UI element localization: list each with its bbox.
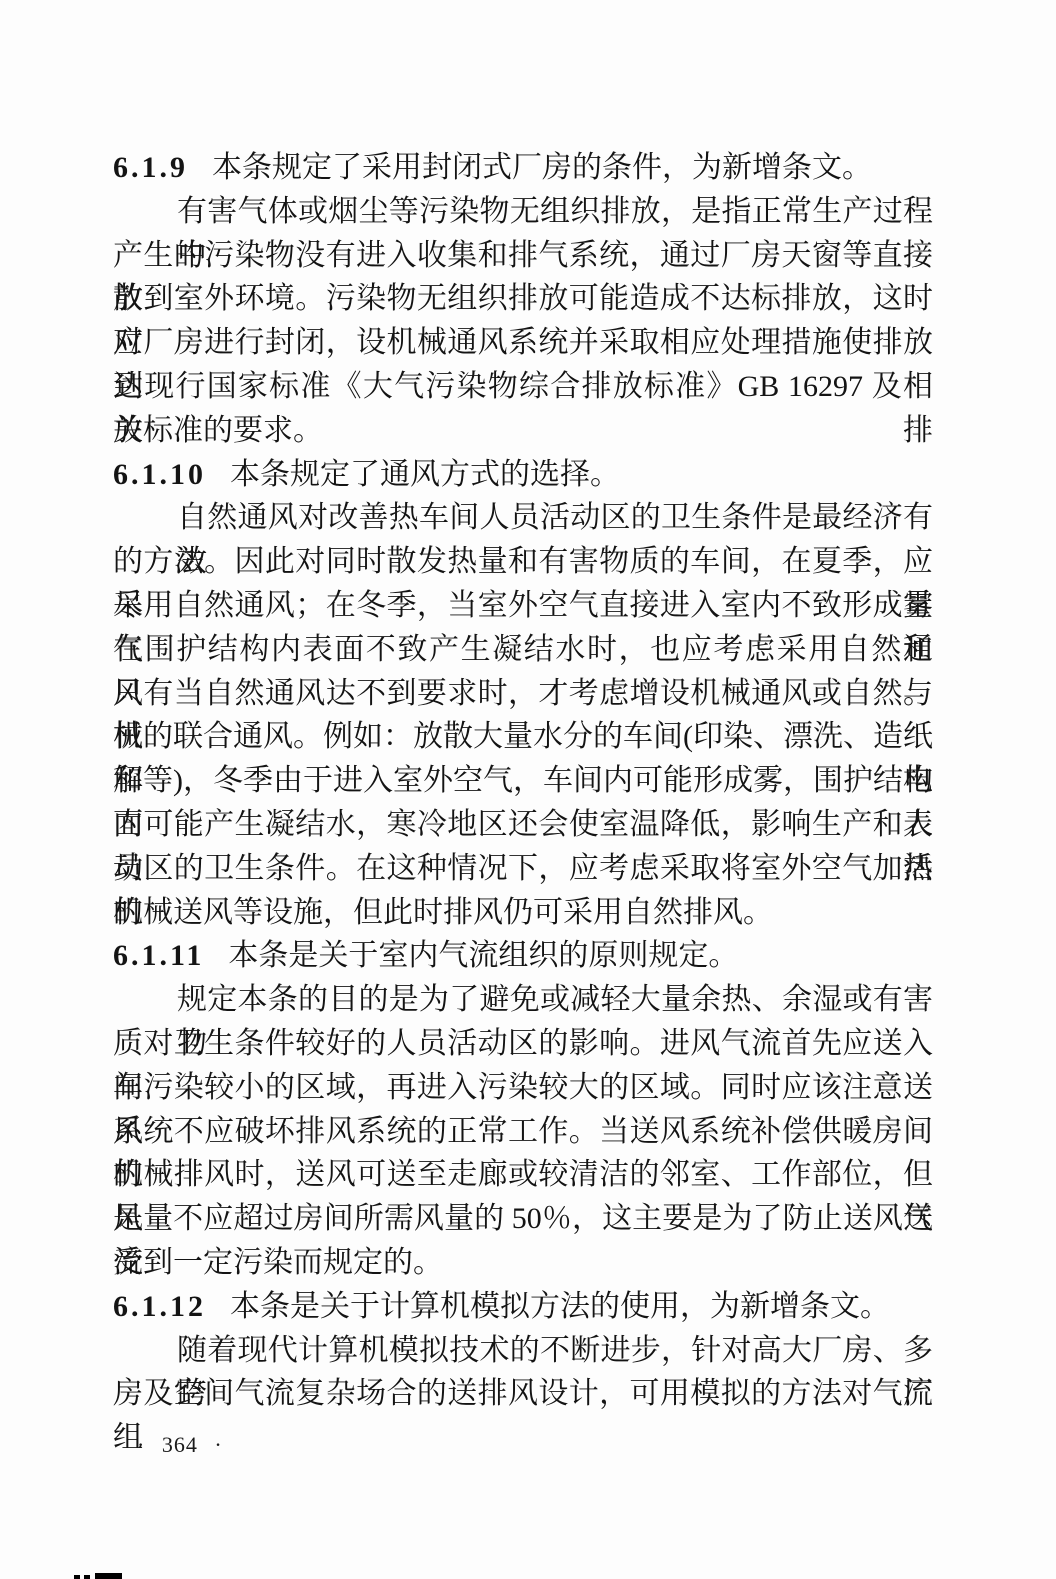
- document-body: 6.1.9本条规定了采用封闭式厂房的条件，为新增条文。有害气体或烟尘等污染物无组…: [113, 146, 933, 1416]
- text-line: 受到一定污染而规定的。: [113, 1241, 933, 1285]
- clause-number: 6.1.9: [113, 151, 188, 184]
- text-line: 动区的卫生条件。在这种情况下，应考虑采取将室外空气加热的: [113, 847, 933, 891]
- text-line: 规定本条的目的是为了避免或减轻大量余热、余湿或有害物: [113, 978, 933, 1022]
- text-line: 风量不应超过房间所需风量的 50％，这主要是为了防止送风气流: [113, 1197, 933, 1241]
- clause-number: 6.1.12: [113, 1290, 206, 1323]
- line-text: 本条规定了采用封闭式厂房的条件，为新增条文。: [212, 151, 872, 184]
- line-text: 机械送风等设施，但此时排风仍可采用自然排风。: [113, 896, 773, 929]
- text-line: 面可能产生凝结水，寒冷地区还会使室温降低，影响生产和人员活: [113, 803, 933, 847]
- ink-mark: [84, 1575, 90, 1579]
- clause-heading-line: 6.1.9本条规定了采用封闭式厂房的条件，为新增条文。: [113, 146, 933, 190]
- line-text: 本条是关于计算机模拟方法的使用，为新增条文。: [230, 1290, 890, 1323]
- text-line: 质对卫生条件较好的人员活动区的影响。进风气流首先应送入车: [113, 1022, 933, 1066]
- clause-number: 6.1.10: [113, 458, 206, 491]
- text-line: 械的联合通风。例如：放散大量水分的车间(印染、漂洗、造纸和电: [113, 715, 933, 759]
- page-number: · 364 ·: [137, 1432, 223, 1458]
- clause-heading-line: 6.1.12本条是关于计算机模拟方法的使用，为新增条文。: [113, 1285, 933, 1329]
- text-line: 产生的污染物没有进入收集和排气系统，通过厂房天窗等直接放: [113, 234, 933, 278]
- ink-mark: [95, 1573, 122, 1579]
- clause-heading-line: 6.1.11本条是关于室内气流组织的原则规定。: [113, 934, 933, 978]
- line-text: 本条是关于室内气流组织的原则规定。: [228, 939, 738, 972]
- text-line: 到现行国家标准《大气污染物综合排放标准》GB 16297 及相关排: [113, 365, 933, 409]
- page-number-text: · 364 ·: [137, 1432, 223, 1457]
- scanned-page: 6.1.9本条规定了采用封闭式厂房的条件，为新增条文。有害气体或烟尘等污染物无组…: [0, 0, 1056, 1579]
- clause-number: 6.1.11: [113, 939, 204, 972]
- text-line: 随着现代计算机模拟技术的不断进步，针对高大厂房、多跨厂: [113, 1329, 933, 1373]
- line-text: 放标准的要求。: [113, 414, 323, 447]
- text-line: 系统不应破坏排风系统的正常工作。当送风系统补偿供暖房间的: [113, 1110, 933, 1154]
- text-line: 解等)，冬季由于进入室外空气，车间内可能形成雾，围护结构内表: [113, 759, 933, 803]
- text-line: 散到室外环境。污染物无组织排放可能造成不达标排放，这时应: [113, 277, 933, 321]
- text-line: 采用自然通风；在冬季，当室外空气直接进入室内不致形成雾气和: [113, 584, 933, 628]
- text-line: 房及空间气流复杂场合的送排风设计，可用模拟的方法对气流组: [113, 1372, 933, 1416]
- line-text: 受到一定污染而规定的。: [113, 1246, 443, 1279]
- text-line: 只有当自然通风达不到要求时，才考虑增设机械通风或自然与机: [113, 672, 933, 716]
- text-line: 的方法。因此对同时散发热量和有害物质的车间，在夏季，应尽量: [113, 540, 933, 584]
- clause-heading-line: 6.1.10本条规定了通风方式的选择。: [113, 453, 933, 497]
- text-line: 有害气体或烟尘等污染物无组织排放，是指正常生产过程中: [113, 190, 933, 234]
- text-line: 自然通风对改善热车间人员活动区的卫生条件是最经济有效: [113, 496, 933, 540]
- text-line: 机械送风等设施，但此时排风仍可采用自然排风。: [113, 891, 933, 935]
- ink-mark: [74, 1575, 80, 1579]
- text-line: 机械排风时，送风可送至走廊或较清洁的邻室、工作部位，但是送: [113, 1153, 933, 1197]
- line-text: 本条规定了通风方式的选择。: [230, 458, 620, 491]
- line-text: 房及空间气流复杂场合的送排风设计，可用模拟的方法对气流组: [113, 1377, 933, 1454]
- text-line: 在围护结构内表面不致产生凝结水时，也应考虑采用自然通风。: [113, 628, 933, 672]
- text-line: 对厂房进行封闭，设机械通风系统并采取相应处理措施使排放达: [113, 321, 933, 365]
- text-line: 间污染较小的区域，再进入污染较大的区域。同时应该注意送风: [113, 1066, 933, 1110]
